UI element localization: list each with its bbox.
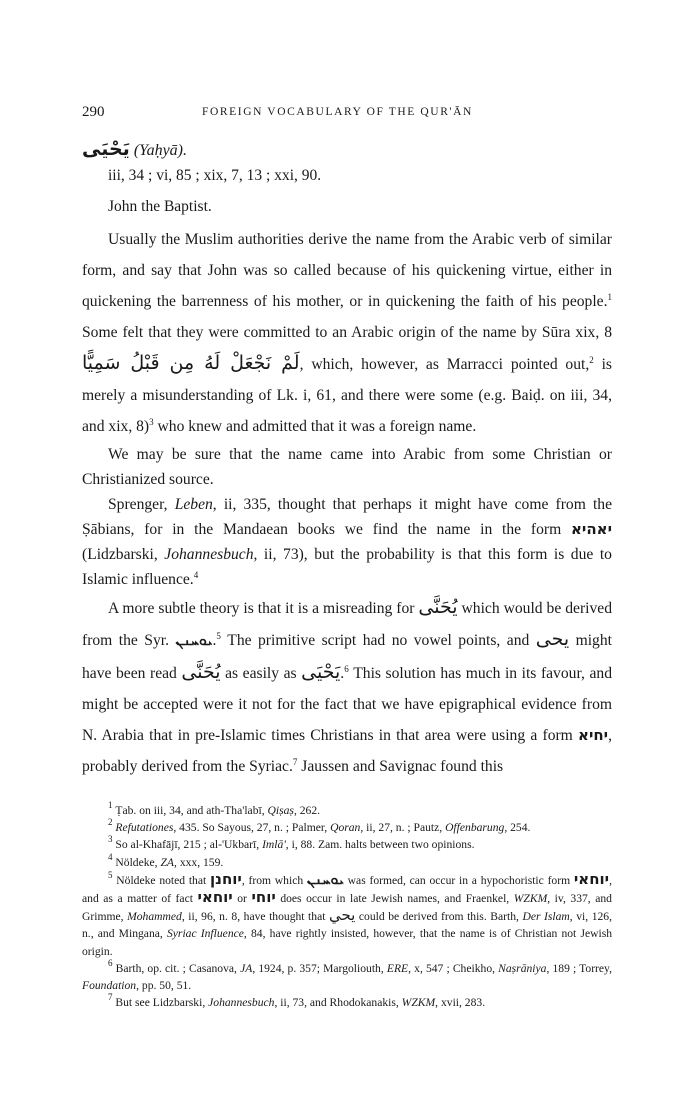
footnote-1: 1 Ṭab. on iii, 34, and ath-Tha'labī, Qiṣ… <box>82 802 612 819</box>
footnote-4: 4 Nöldeke, ZA, xxx, 159. <box>82 854 612 871</box>
arabic-word: يَحْيَى <box>301 661 340 683</box>
page-number: 290 <box>82 104 105 121</box>
running-head: FOREIGN VOCABULARY OF THE QUR'ĀN <box>202 106 473 118</box>
arabic-quote: لَمْ نَجْعَلْ لَهُ مِن قَبْلُ سَمِيًّا <box>82 352 300 374</box>
footnote-3: 3 So al-Khafājī, 215 ; al-'Ukbarī, Imlā'… <box>82 836 612 853</box>
quran-references: iii, 34 ; vi, 85 ; xix, 7, 13 ; xxi, 90. <box>108 167 321 185</box>
hebrew-word: יחיא <box>578 726 608 744</box>
paragraph-3: Sprenger, Leben, ii, 335, thought that p… <box>82 492 612 592</box>
arabic-word: يحى <box>536 628 569 650</box>
paragraph-4: A more subtle theory is that it is a mis… <box>82 592 612 782</box>
arabic-headword: يَحْيَى <box>82 138 130 160</box>
arabic-word: يُحَنَّى <box>181 661 220 683</box>
footnotes: 1 Ṭab. on iii, 34, and ath-Tha'labī, Qiṣ… <box>82 802 612 1011</box>
page-header: 290 FOREIGN VOCABULARY OF THE QUR'ĀN <box>82 104 612 124</box>
footnote-6: 6 Barth, op. cit. ; Casanova, JA, 1924, … <box>82 960 612 994</box>
entry-headword: يَحْيَى (Yaḥyā). <box>82 138 187 160</box>
paragraph-1: Usually the Muslim authorities derive th… <box>82 224 612 442</box>
arabic-word: يُحَنَّى <box>418 596 457 618</box>
footnote-2: 2 Refutationes, 435. So Sayous, 27, n. ;… <box>82 819 612 836</box>
body-text: Usually the Muslim authorities derive th… <box>82 224 612 782</box>
entry-gloss: John the Baptist. <box>108 198 212 216</box>
hebrew-word: יאהיא <box>571 520 612 538</box>
syriac-word: ܝܘܚܢܢ <box>175 633 212 649</box>
footnote-5: 5 Nöldeke noted that יוחנן, from which ܝ… <box>82 871 612 960</box>
paragraph-2: We may be sure that the name came into A… <box>82 442 612 492</box>
footnote-7: 7 But see Lidzbarski, Johannesbuch, ii, … <box>82 994 612 1011</box>
footnote-ref: 4 <box>194 570 199 580</box>
transliteration: (Yaḥyā). <box>134 142 187 159</box>
footnote-ref: 1 <box>608 292 613 302</box>
